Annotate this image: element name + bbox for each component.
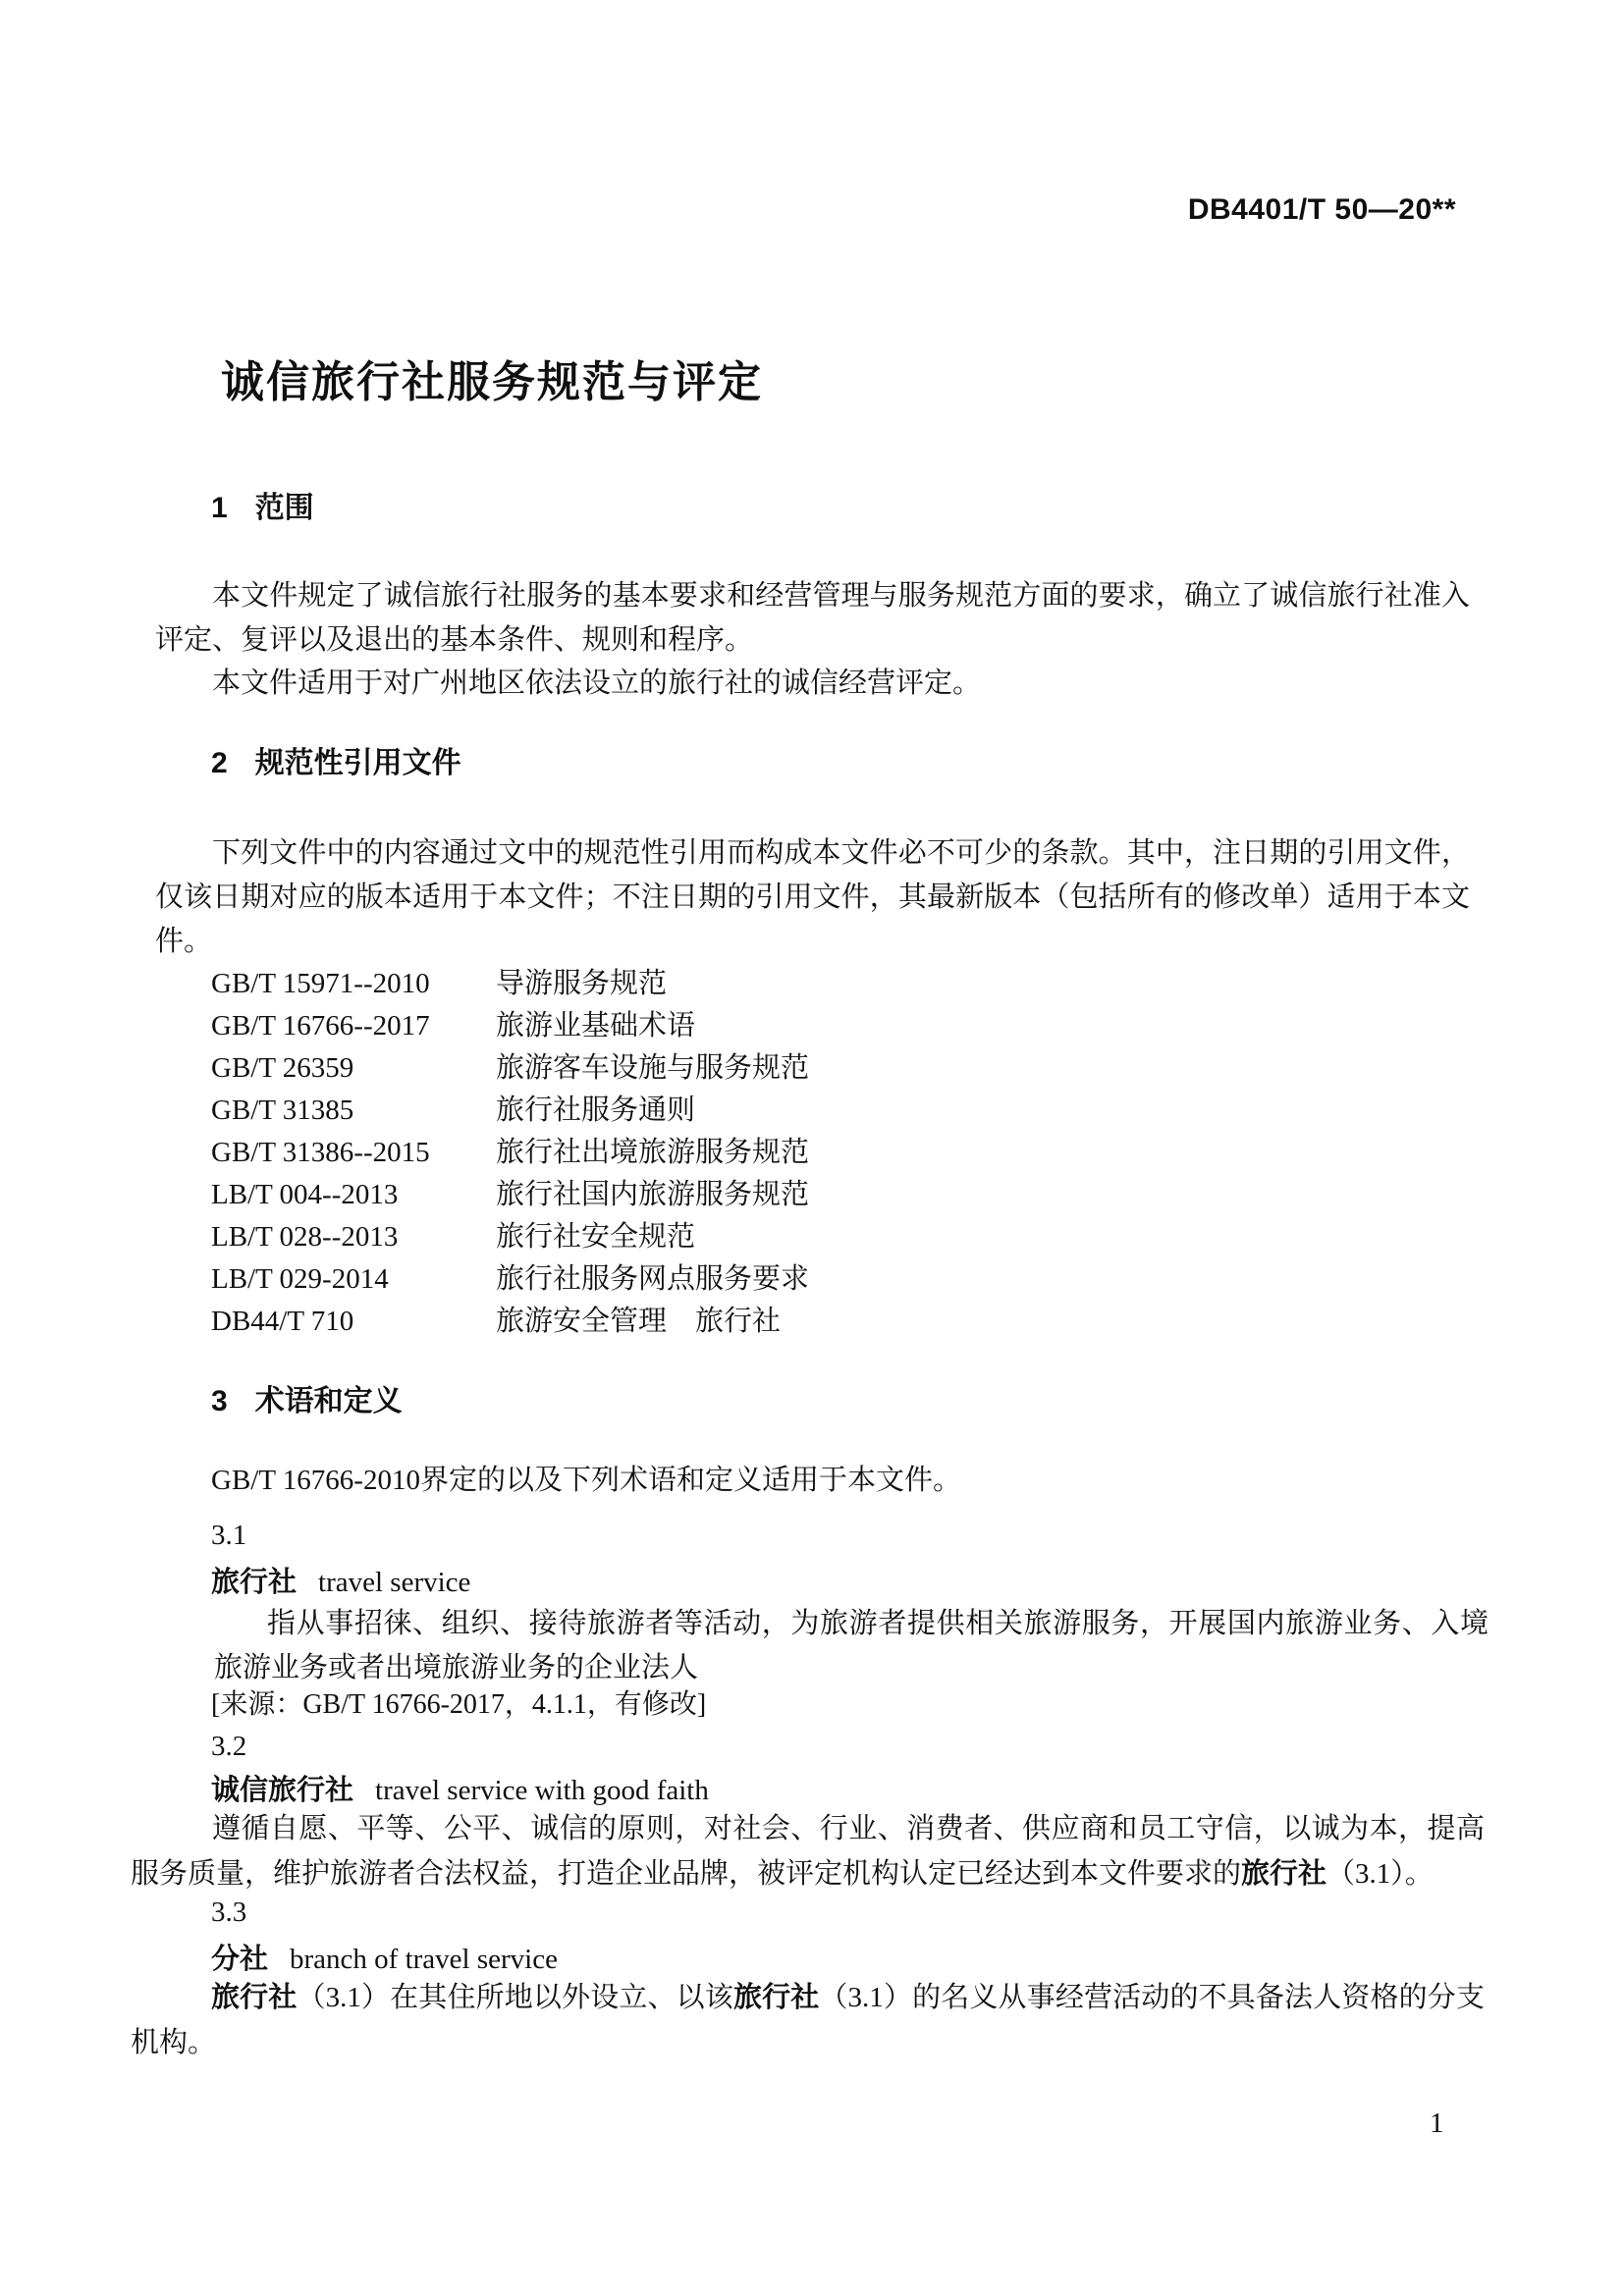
normative-reference-list: GB/T 15971--2010 导游服务规范 GB/T 16766--2017…: [211, 963, 1438, 1343]
reference-row: LB/T 028--2013 旅行社安全规范: [211, 1216, 1438, 1258]
paragraph: 下列文件中的内容通过文中的规范性引用而构成本文件必不可少的条款。其中，注日期的引…: [155, 831, 1470, 964]
reference-title: 旅行社服务网点服务要求: [496, 1258, 809, 1301]
term-definition: 指从事招徕、组织、接待旅游者等活动，为旅游者提供相关旅游服务，开展国内旅游业务、…: [214, 1602, 1489, 1690]
term-en: travel service: [318, 1567, 470, 1598]
term-zh: 分社: [211, 1944, 268, 1975]
page-number: 1: [1430, 2109, 1444, 2138]
clause-number: 3: [211, 1386, 228, 1417]
definition-text: （3.1）在其住所地以外设立、以该: [297, 1982, 733, 2013]
reference-row: DB44/T 710 旅游安全管理 旅行社: [211, 1301, 1438, 1343]
reference-code: GB/T 31385: [211, 1090, 496, 1132]
reference-row: GB/T 15971--2010 导游服务规范: [211, 963, 1438, 1005]
reference-row: GB/T 16766--2017 旅游业基础术语: [211, 1005, 1438, 1047]
reference-code: LB/T 028--2013: [211, 1216, 496, 1258]
standard-document-page: DB4401/T 50—20** 诚信旅行社服务规范与评定 1范围 本文件规定了…: [0, 0, 1624, 2296]
term-clause-number: 3.2: [211, 1731, 246, 1762]
term-en: travel service with good faith: [375, 1775, 709, 1806]
definition-bold-term: 旅行社: [211, 1982, 297, 2013]
term-entry-heading: 分社branch of travel service: [211, 1937, 558, 1977]
reference-title: 旅游客车设施与服务规范: [496, 1047, 809, 1090]
definition-text: （3.1）。: [1326, 1858, 1434, 1890]
reference-row: LB/T 004--2013 旅行社国内旅游服务规范: [211, 1174, 1438, 1216]
clause-title: 范围: [255, 492, 314, 524]
term-clause-number: 3.1: [211, 1520, 246, 1551]
term-clause-number: 3.3: [211, 1896, 246, 1928]
reference-title: 旅游业基础术语: [496, 1005, 695, 1047]
terms-intro: GB/T 16766-2010界定的以及下列术语和定义适用于本文件。: [211, 1463, 961, 1498]
paragraph: 本文件适用于对广州地区依法设立的旅行社的诚信经营评定。: [155, 662, 1470, 706]
definition-bold-term: 旅行社: [1241, 1858, 1326, 1890]
reference-row: GB/T 31385 旅行社服务通则: [211, 1090, 1438, 1132]
reference-title: 旅行社国内旅游服务规范: [496, 1174, 809, 1216]
section-2-heading: 2规范性引用文件: [211, 748, 461, 779]
reference-title: 旅游安全管理 旅行社: [496, 1301, 781, 1343]
reference-title: 旅行社出境旅游服务规范: [496, 1132, 809, 1174]
reference-row: GB/T 26359 旅游客车设施与服务规范: [211, 1047, 1438, 1090]
reference-code: DB44/T 710: [211, 1301, 496, 1343]
term-en: branch of travel service: [290, 1944, 558, 1975]
section-1-heading: 1范围: [211, 493, 314, 524]
reference-code: LB/T 004--2013: [211, 1174, 496, 1216]
reference-title: 导游服务规范: [496, 963, 667, 1005]
reference-title: 旅行社安全规范: [496, 1216, 695, 1258]
clause-title: 规范性引用文件: [255, 747, 461, 779]
clause-title: 术语和定义: [255, 1385, 403, 1417]
term-definition: 遵循自愿、平等、公平、诚信的原则，对社会、行业、消费者、供应商和员工守信，以诚为…: [131, 1806, 1485, 1896]
reference-code: LB/T 029-2014: [211, 1258, 496, 1301]
reference-code: GB/T 26359: [211, 1047, 496, 1090]
section-3-heading: 3术语和定义: [211, 1386, 403, 1417]
clause-number: 2: [211, 748, 228, 779]
term-zh: 诚信旅行社: [211, 1775, 353, 1806]
paragraph: 本文件规定了诚信旅行社服务的基本要求和经营管理与服务规范方面的要求，确立了诚信旅…: [155, 574, 1470, 663]
page-title: 诚信旅行社服务规范与评定: [221, 357, 763, 409]
clause-number: 1: [211, 493, 228, 524]
term-entry-heading: 诚信旅行社travel service with good faith: [211, 1768, 709, 1808]
term-source-note: [来源：GB/T 16766-2017，4.1.1，有修改]: [211, 1688, 706, 1722]
definition-bold-term: 旅行社: [733, 1982, 819, 2013]
reference-code: GB/T 15971--2010: [211, 963, 496, 1005]
doc-number: DB4401/T 50—20**: [1188, 193, 1456, 226]
reference-code: GB/T 31386--2015: [211, 1132, 496, 1174]
reference-row: GB/T 31386--2015 旅行社出境旅游服务规范: [211, 1132, 1438, 1174]
term-zh: 旅行社: [211, 1567, 297, 1598]
reference-code: GB/T 16766--2017: [211, 1005, 496, 1047]
term-definition: 旅行社（3.1）在其住所地以外设立、以该旅行社（3.1）的名义从事经营活动的不具…: [131, 1975, 1485, 2065]
reference-row: LB/T 029-2014 旅行社服务网点服务要求: [211, 1258, 1438, 1301]
term-entry-heading: 旅行社travel service: [211, 1560, 470, 1600]
reference-title: 旅行社服务通则: [496, 1090, 695, 1132]
